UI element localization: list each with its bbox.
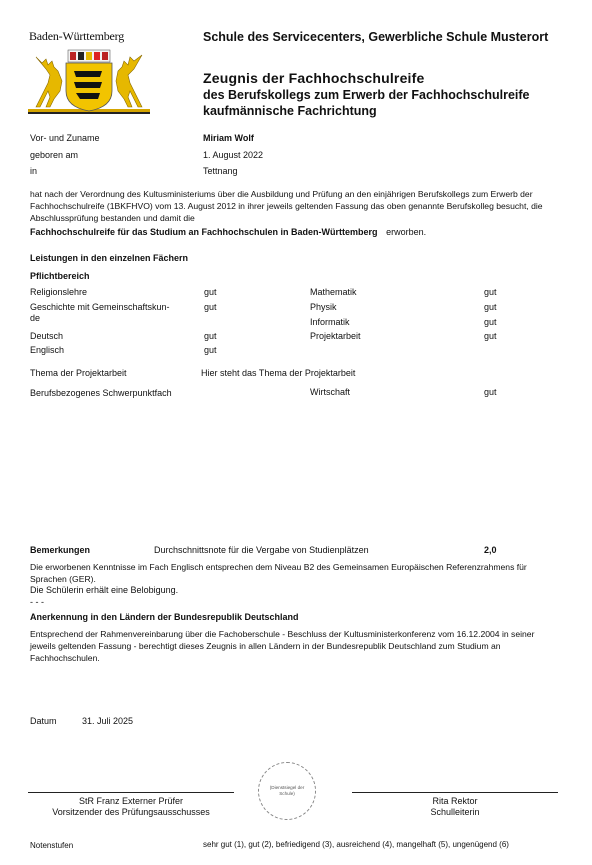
date-label: Datum: [30, 716, 57, 726]
signature-line-right: [352, 792, 558, 793]
intro-text: hat nach der Verordnung des Kultusminist…: [30, 188, 565, 224]
average-grade: 2,0: [484, 545, 497, 555]
project-topic-label: Thema der Projektarbeit: [30, 368, 127, 378]
grade: gut: [484, 317, 497, 327]
subject: Projektarbeit: [310, 331, 361, 341]
birth-place: Tettnang: [203, 166, 238, 176]
focus-subject: Wirtschaft: [310, 387, 350, 397]
document-subtitle-track: kaufmännische Fachrichtung: [203, 104, 377, 118]
coat-of-arms-icon: [28, 47, 150, 115]
remarks-label: Bemerkungen: [30, 545, 90, 555]
principal-name: Rita Rektor: [352, 796, 558, 806]
grade: gut: [484, 331, 497, 341]
grades-section-title: Leistungen in den einzelnen Fächern: [30, 253, 188, 263]
grade-row: Religionslehre: [30, 287, 87, 297]
subject: Religionslehre: [30, 287, 87, 297]
examiner-role: Vorsitzender des Prüfungsausschusses: [28, 807, 234, 817]
remarks-placeholder: - - -: [30, 597, 44, 607]
project-topic: Hier steht das Thema der Projektarbeit: [201, 368, 355, 378]
grade: gut: [204, 287, 217, 297]
grade: gut: [484, 302, 497, 312]
document-subtitle: des Berufskollegs zum Erwerb der Fachhoc…: [203, 88, 529, 102]
recognition-text: Entsprechend der Rahmenvereinbarung über…: [30, 628, 562, 664]
remarks-commendation: Die Schülerin erhält eine Belobigung.: [30, 585, 178, 595]
birth-date-label: geboren am: [30, 150, 78, 160]
qualification-line: Fachhochschulreife für das Studium an Fa…: [30, 227, 426, 237]
recognition-title: Anerkennung in den Ländern der Bundesrep…: [30, 612, 299, 622]
seal-text: (Dienstsiegel der Schule): [269, 785, 305, 797]
document-title: Zeugnis der Fachhochschulreife: [203, 70, 425, 86]
issue-date: 31. Juli 2025: [82, 716, 133, 726]
student-name: Miriam Wolf: [203, 133, 254, 143]
qualification-suffix: erworben.: [386, 227, 426, 237]
subject: Informatik: [310, 317, 350, 327]
grading-scale: sehr gut (1), gut (2), befriedigend (3),…: [203, 840, 509, 849]
grade: gut: [484, 287, 497, 297]
subject: Deutsch: [30, 331, 63, 341]
principal-role: Schulleiterin: [352, 807, 558, 817]
subject: Englisch: [30, 345, 64, 355]
signature-line-left: [28, 792, 234, 793]
remarks-text: Die erworbenen Kenntnisse im Fach Englis…: [30, 561, 550, 585]
subject: Physik: [310, 302, 337, 312]
birth-date: 1. August 2022: [203, 150, 263, 160]
grading-scale-label: Notenstufen: [30, 841, 73, 850]
birth-place-label: in: [30, 166, 37, 176]
name-label: Vor- und Zuname: [30, 133, 100, 143]
focus-subject-label: Berufsbezogenes Schwerpunktfach: [30, 388, 172, 398]
subject: Mathematik: [310, 287, 357, 297]
state-name: Baden-Württemberg: [29, 29, 124, 44]
required-area-title: Pflichtbereich: [30, 271, 90, 281]
qualification: Fachhochschulreife für das Studium an Fa…: [30, 227, 378, 237]
school-name: Schule des Servicecenters, Gewerbliche S…: [203, 30, 563, 44]
subject: Geschichte mit Gemeinschaftskun- de: [30, 302, 170, 324]
grade: gut: [204, 345, 217, 355]
examiner-name: StR Franz Externer Prüfer: [28, 796, 234, 806]
average-label: Durchschnittsnote für die Vergabe von St…: [154, 545, 369, 555]
grade: gut: [204, 302, 217, 312]
focus-grade: gut: [484, 387, 497, 397]
official-seal-placeholder: (Dienstsiegel der Schule): [258, 762, 316, 820]
grade: gut: [204, 331, 217, 341]
